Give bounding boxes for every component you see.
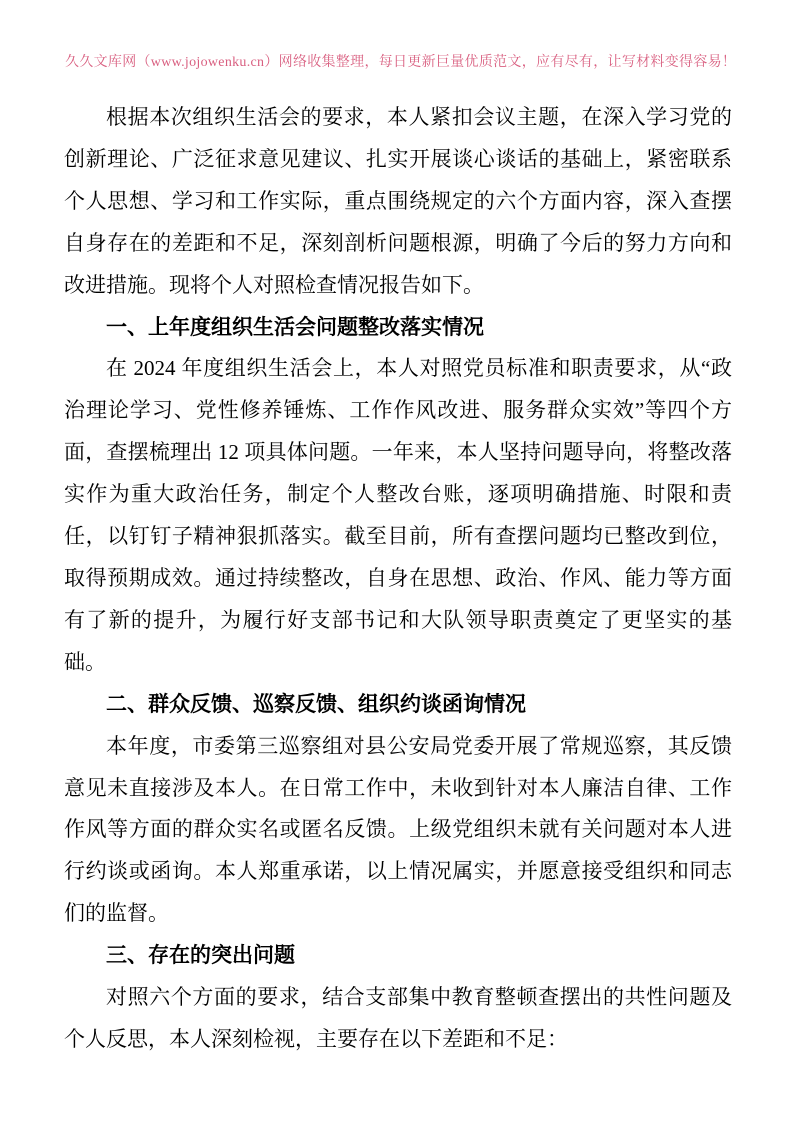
paragraph-intro: 根据本次组织生活会的要求，本人紧扣会议主题，在深入学习党的创新理论、广泛征求意见… [64, 97, 732, 307]
heading-section-1: 一、上年度组织生活会问题整改落实情况 [64, 307, 732, 349]
paragraph-section-1: 在 2024 年度组织生活会上，本人对照党员标准和职责要求，从“政治理论学习、党… [64, 348, 732, 683]
document-body: 根据本次组织生活会的要求，本人紧扣会议主题，在深入学习党的创新理论、广泛征求意见… [64, 97, 732, 1061]
document-page: 久久文库网（www.jojowenku.cn）网络收集整理，每日更新巨量优质范文… [0, 0, 793, 1122]
paragraph-section-3: 对照六个方面的要求，结合支部集中教育整顿查摆出的共性问题及个人反思，本人深刻检视… [64, 977, 732, 1061]
heading-section-3: 三、存在的突出问题 [64, 935, 732, 977]
paragraph-section-2: 本年度，市委第三巡察组对县公安局党委开展了常规巡察，其反馈意见未直接涉及本人。在… [64, 726, 732, 936]
watermark-header: 久久文库网（www.jojowenku.cn）网络收集整理，每日更新巨量优质范文… [65, 54, 735, 72]
heading-section-2: 二、群众反馈、巡察反馈、组织约谈函询情况 [64, 684, 732, 726]
